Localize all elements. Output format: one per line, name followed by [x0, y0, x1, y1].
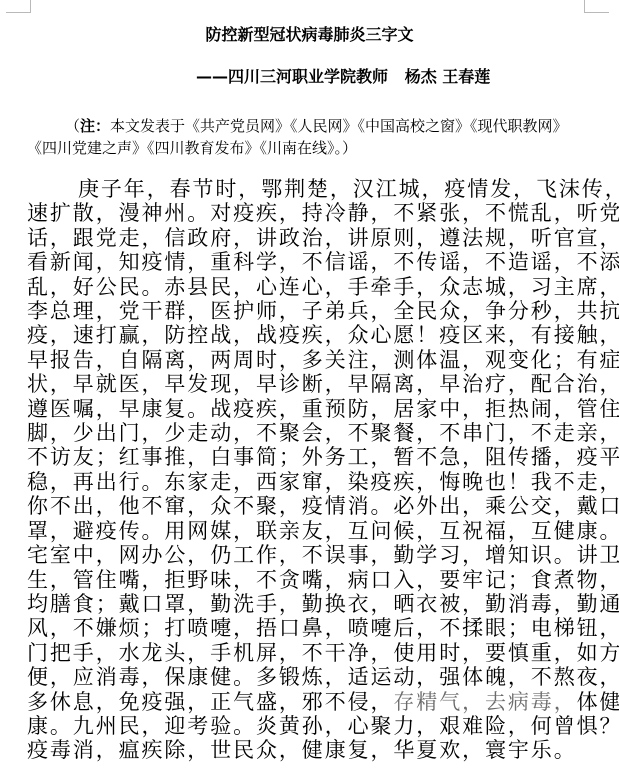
body-line: 不访友；红事推，白事简；外务工，暂不急，阻传播，疫平 — [27, 445, 593, 469]
body-line: 状，早就医，早发现，早诊断，早隔离，早治疗，配合治， — [27, 372, 593, 396]
body-line: 乱，好公民。赤县民，心连心，手牵手，众志城，习主席， — [27, 275, 593, 299]
body-line-mixed: 多休息，免疫强，正气盛，邪不侵，存精气，去病毒，体健 — [27, 690, 593, 714]
body-line: 早报告，自隔离，两周时，多关注，测体温，观变化；有症 — [27, 348, 593, 372]
body-line: 便，应消毒，保康健。多锻炼，适运动，强体魄，不熬夜， — [27, 665, 593, 689]
note-open-paren: （ — [65, 117, 80, 135]
body-line: 罩，避疫传。用网媒，联亲友，互问候，互祝福，互健康。 — [27, 519, 593, 543]
body-line: 你不出，他不窜，众不聚，疫情消。必外出，乘公交，戴口 — [27, 494, 593, 518]
body-line: 速扩散，漫神州。对疫疾，持冷静，不紧张，不慌乱，听党 — [27, 201, 593, 225]
body-line: 话，跟党走，信政府，讲政治，讲原则，遵法规，听官宣， — [27, 226, 593, 250]
body-line: 生，管住嘴，拒野味，不贪嘴，病口入，要牢记；食煮物， — [27, 568, 593, 592]
body-line: 疫毒消，瘟疾除，世民众，健康复，华夏欢，寰宇乐。 — [27, 738, 593, 762]
body-line: 宅室中，网办公，仍工作，不误事，勤学习，增知识。讲卫 — [27, 543, 593, 567]
body-line: 门把手，水龙头，手机屏，不干净，使用时，要慎重，如方 — [27, 641, 593, 665]
body-text: 多休息，免疫强，正气盛，邪不侵， — [27, 690, 393, 714]
document-body: 庚子年，春节时，鄂荆楚，汉江城，疫情发，飞沫传， 速扩散，漫神州。对疫疾，持冷静… — [27, 177, 593, 763]
body-text-gray: 存精气，去病毒， — [393, 690, 576, 714]
body-text: 体健 — [577, 690, 619, 714]
document-title: 防控新型冠状病毒肺炎三字文 — [0, 22, 619, 45]
note-label: 注 — [80, 117, 95, 135]
body-line: 庚子年，春节时，鄂荆楚，汉江城，疫情发，飞沫传， — [27, 177, 593, 201]
body-line: 遵医嘱，早康复。战疫疾，重预防，居家中，拒热闹，管住 — [27, 397, 593, 421]
body-line: 李总理，党干群，医护师，子弟兵，全民众，争分秒，共抗 — [27, 299, 593, 323]
page-corner-mark-top-right — [584, 0, 609, 13]
document-byline: ——四川三河职业学院教师 杨杰 王春莲 — [196, 64, 490, 87]
body-line: 疫，速打赢，防控战，战疫疾，众心愿！疫区来，有接触， — [27, 323, 593, 347]
body-line: 看新闻，知疫情，重科学，不信谣，不传谣，不造谣，不添 — [27, 250, 593, 274]
body-line: 脚，少出门，少走动，不聚会，不聚餐，不串门，不走亲， — [27, 421, 593, 445]
body-line: 稳，再出行。东家走，西家窜，染疫疾，悔晚也！我不走， — [27, 470, 593, 494]
note-colon: ： — [95, 117, 110, 135]
body-line: 风，不嫌烦；打喷嚏，捂口鼻，喷嚏后，不揉眼；电梯钮， — [27, 616, 593, 640]
body-line: 康。九州民，迎考验。炎黄孙，心聚力，艰难险，何曾惧？ — [27, 714, 593, 738]
body-line: 均膳食；戴口罩，勤洗手，勤换衣，晒衣被，勤消毒，勤通 — [27, 592, 593, 616]
page-corner-mark-top-left — [6, 0, 31, 13]
publication-note: （注：本文发表于《共产党员网》《人民网》《中国高校之窗》《现代职教网》《四川党建… — [27, 115, 587, 159]
